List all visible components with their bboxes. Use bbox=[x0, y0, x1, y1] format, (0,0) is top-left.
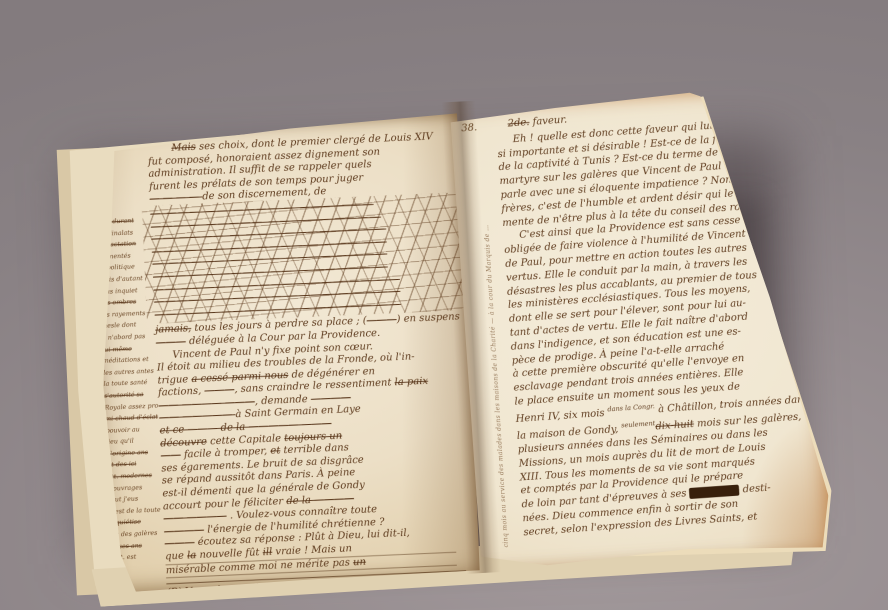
margin-note: mi-chaud d'éclat bbox=[105, 412, 159, 426]
manuscript-book: et si durantcardinalatsrétractationferme… bbox=[51, 68, 834, 608]
heading-word: faveur. bbox=[529, 114, 567, 128]
crossed-out-lines: — ——— —— ———— — ———— ————— — ————— ——— —… bbox=[150, 196, 455, 322]
photo-background: et si durantcardinalatsrétractationferme… bbox=[0, 0, 888, 610]
paragraph-2: C'est ainsi que la Providence est sans c… bbox=[503, 211, 815, 540]
left-page: et si durantcardinalatsrétractationferme… bbox=[83, 113, 481, 593]
heading-struck-word: 2de. bbox=[507, 117, 530, 129]
paragraph-1: Eh ! quelle est donc cette faveur qui lu… bbox=[496, 114, 794, 230]
crossed-out-block: — ——— —— ———— — ———— ————— — ————— ——— —… bbox=[150, 196, 455, 322]
revised-paragraph: jamais, tous les jours à perdre sa place… bbox=[155, 312, 466, 579]
right-page-text: 2de. faveur. Eh ! quelle est donc cette … bbox=[495, 98, 815, 539]
right-page: 38. cinq mois au service des malades dan… bbox=[448, 84, 832, 573]
intro-paragraph: Mais ses choix, dont le premier clergé d… bbox=[147, 131, 449, 207]
left-page-text: Mais ses choix, dont le premier clergé d… bbox=[147, 131, 467, 600]
page-number: 38. bbox=[461, 122, 478, 134]
